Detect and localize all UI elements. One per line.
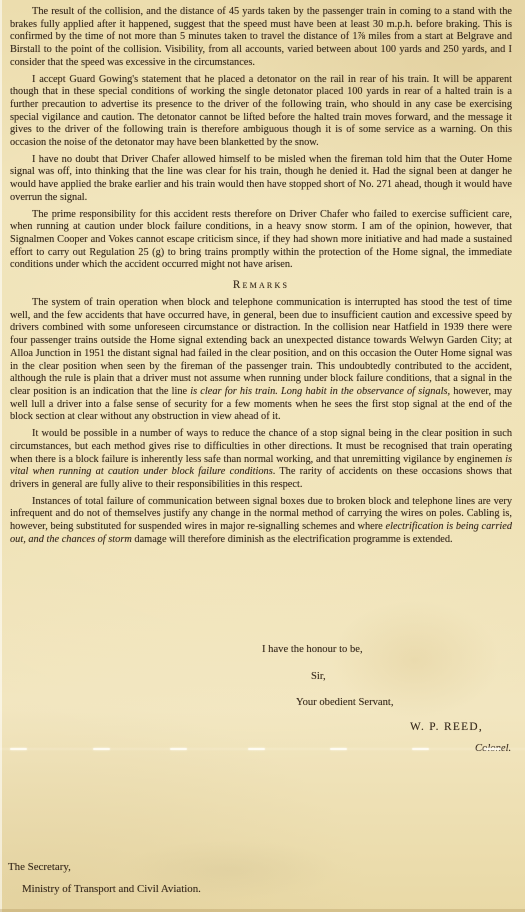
text-run: I have no doubt that Driver Chafer allow…: [10, 154, 512, 203]
valediction-sir: Sir,: [311, 671, 326, 682]
paragraph: It would be possible in a number of ways…: [10, 428, 512, 492]
report-page: The result of the collision, and the dis…: [0, 0, 525, 912]
text-run: The result of the collision, and the dis…: [10, 6, 512, 68]
text-run: The system of train operation when block…: [10, 297, 512, 397]
valediction-honour: I have the honour to be,: [262, 644, 363, 655]
text-run: damage will therefore diminish as the el…: [132, 534, 453, 545]
paragraph: The prime responsibility for this accide…: [10, 209, 512, 273]
remarks-heading: Remarks: [10, 279, 512, 291]
addressee-secretary: The Secretary,: [8, 861, 71, 873]
crease-dash: [93, 748, 110, 751]
document-body: The result of the collision, and the dis…: [10, 6, 512, 550]
emphasized-text: is clear for his train. Long habit in th…: [190, 386, 450, 397]
paragraph: The result of the collision, and the dis…: [10, 6, 512, 70]
text-run: The prime responsibility for this accide…: [10, 209, 512, 271]
crease-dash: [10, 748, 27, 751]
crease-dash: [484, 748, 501, 751]
valediction-servant: Your obedient Servant,: [296, 697, 394, 708]
crease-dash: [412, 748, 429, 751]
crease-dash: [170, 748, 187, 751]
paragraph: The system of train operation when block…: [10, 297, 512, 424]
text-run: It would be possible in a number of ways…: [10, 428, 512, 464]
paragraph: Instances of total failure of communicat…: [10, 496, 512, 547]
paragraph: I accept Guard Gowing's statement that h…: [10, 74, 512, 150]
crease-dash: [248, 748, 265, 751]
crease-dash: [330, 748, 347, 751]
paper-crease: [0, 747, 525, 751]
paragraph: I have no doubt that Driver Chafer allow…: [10, 154, 512, 205]
signature-name: W. P. REED,: [410, 721, 483, 733]
addressee-ministry: Ministry of Transport and Civil Aviation…: [22, 883, 201, 895]
text-run: I accept Guard Gowing's statement that h…: [10, 74, 512, 149]
scan-edge-left: [0, 0, 2, 912]
